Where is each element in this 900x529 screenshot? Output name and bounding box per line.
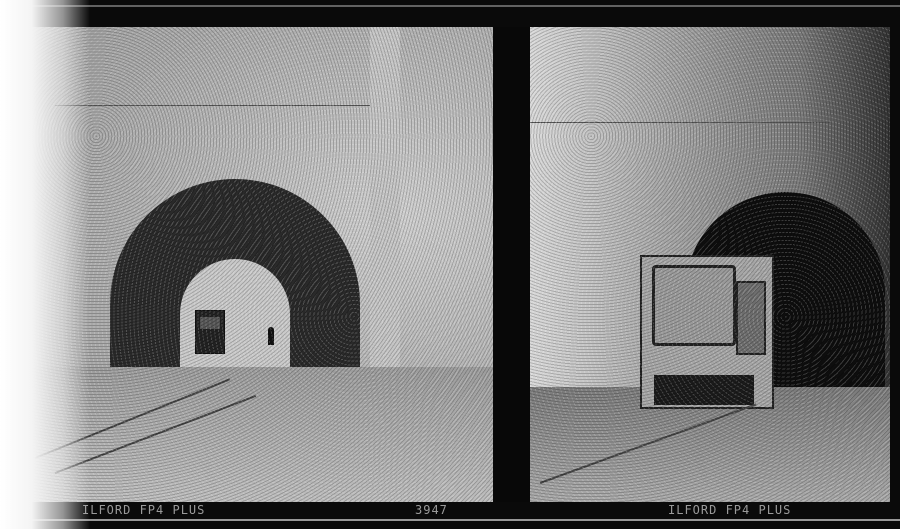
film-top-edge	[0, 5, 900, 7]
frame-number: 3947	[415, 503, 448, 517]
film-bottom-edge	[0, 519, 900, 521]
left-frame-photo	[15, 27, 493, 502]
right-frame-photo	[530, 27, 890, 502]
film-brand-marking: ILFORD FP4 PLUS	[668, 503, 791, 517]
film-grain	[15, 27, 493, 502]
film-brand-marking: ILFORD FP4 PLUS	[82, 503, 205, 517]
film-grain	[530, 27, 890, 502]
film-strip: ILFORD FP4 PLUS 3947 ILFORD FP4 PLUS	[0, 0, 900, 529]
frame-divider	[494, 27, 530, 502]
